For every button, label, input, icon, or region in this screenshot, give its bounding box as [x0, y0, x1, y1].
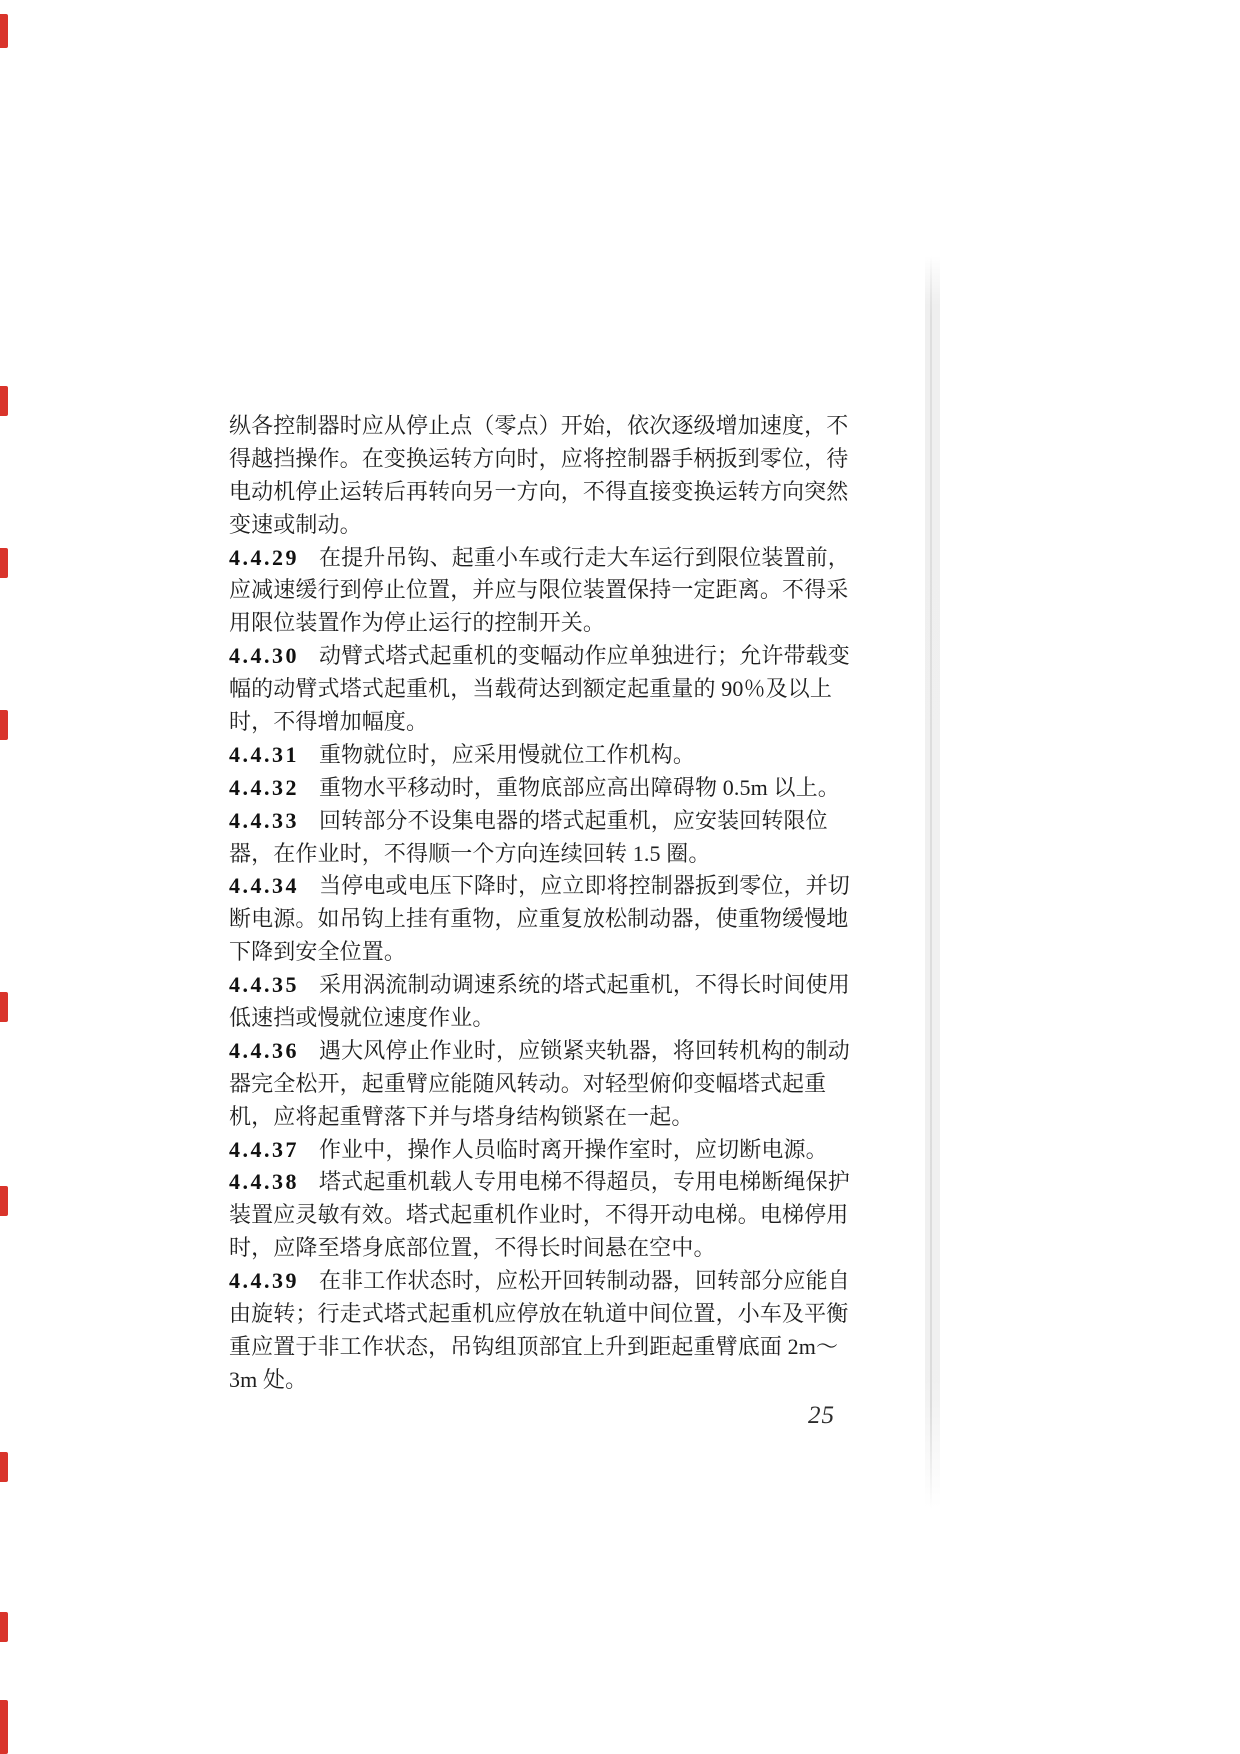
- text-line: 得越挡操作。在变换运转方向时，应将控制器手柄扳到零位，待: [229, 443, 869, 476]
- text-block: 纵各控制器时应从停止点（零点）开始，依次逐级增加速度，不得越挡操作。在变换运转方…: [229, 410, 869, 1397]
- clause-line: 4.4.39在非工作状态时，应松开回转制动器，回转部分应能自: [229, 1265, 869, 1298]
- line-text: 应减速缓行到停止位置，并应与限位装置保持一定距离。不得采: [229, 577, 848, 602]
- text-line: 幅的动臂式塔式起重机，当载荷达到额定起重量的 90％及以上: [229, 673, 869, 706]
- line-text: 采用涡流制动调速系统的塔式起重机，不得长时间使用: [319, 972, 850, 997]
- line-text: 时，应降至塔身底部位置，不得长时间悬在空中。: [229, 1235, 716, 1260]
- line-text: 时，不得增加幅度。: [229, 709, 428, 734]
- clause-line: 4.4.29在提升吊钩、起重小车或行走大车运行到限位装置前，: [229, 542, 869, 575]
- scan-fold-shadow: [925, 256, 940, 1508]
- red-edge-mark: [0, 548, 8, 578]
- line-text: 用限位装置作为停止运行的控制开关。: [229, 610, 605, 635]
- clause-number: 4.4.37: [229, 1137, 299, 1162]
- line-text: 得越挡操作。在变换运转方向时，应将控制器手柄扳到零位，待: [229, 446, 848, 471]
- text-line: 应减速缓行到停止位置，并应与限位装置保持一定距离。不得采: [229, 574, 869, 607]
- text-line: 由旋转；行走式塔式起重机应停放在轨道中间位置，小车及平衡: [229, 1298, 869, 1331]
- clause-number: 4.4.31: [229, 742, 299, 767]
- line-text: 作业中，操作人员临时离开操作室时，应切断电源。: [319, 1137, 828, 1162]
- line-text: 器完全松开，起重臂应能随风转动。对轻型俯仰变幅塔式起重: [229, 1071, 826, 1096]
- line-text: 电动机停止运转后再转向另一方向，不得直接变换运转方向突然: [229, 479, 848, 504]
- line-text: 重物就位时，应采用慢就位工作机构。: [319, 742, 695, 767]
- clause-number: 4.4.39: [229, 1268, 299, 1293]
- clause-line: 4.4.33回转部分不设集电器的塔式起重机，应安装回转限位: [229, 805, 869, 838]
- text-line: 电动机停止运转后再转向另一方向，不得直接变换运转方向突然: [229, 476, 869, 509]
- clause-number: 4.4.35: [229, 972, 299, 997]
- line-text: 在非工作状态时，应松开回转制动器，回转部分应能自: [319, 1268, 850, 1293]
- scanned-document-page: 纵各控制器时应从停止点（零点）开始，依次逐级增加速度，不得越挡操作。在变换运转方…: [0, 0, 1240, 1754]
- scan-fold-line: [930, 256, 932, 1508]
- line-text: 变速或制动。: [229, 512, 362, 537]
- text-line: 下降到安全位置。: [229, 936, 869, 969]
- clause-line: 4.4.38塔式起重机载人专用电梯不得超员，专用电梯断绳保护: [229, 1166, 869, 1199]
- text-line: 时，应降至塔身底部位置，不得长时间悬在空中。: [229, 1232, 869, 1265]
- red-edge-mark: [0, 1612, 8, 1642]
- text-line: 器完全松开，起重臂应能随风转动。对轻型俯仰变幅塔式起重: [229, 1068, 869, 1101]
- clause-line: 4.4.32重物水平移动时，重物底部应高出障碍物 0.5m 以上。: [229, 772, 869, 805]
- clause-line: 4.4.37作业中，操作人员临时离开操作室时，应切断电源。: [229, 1134, 869, 1167]
- text-line: 机，应将起重臂落下并与塔身结构锁紧在一起。: [229, 1101, 869, 1134]
- line-text: 重物水平移动时，重物底部应高出障碍物 0.5m 以上。: [319, 775, 840, 800]
- text-line: 断电源。如吊钩上挂有重物，应重复放松制动器，使重物缓慢地: [229, 903, 869, 936]
- red-edge-mark: [0, 992, 8, 1022]
- line-text: 由旋转；行走式塔式起重机应停放在轨道中间位置，小车及平衡: [229, 1301, 848, 1326]
- red-edge-mark: [0, 1186, 8, 1216]
- red-edge-mark: [0, 1700, 8, 1754]
- text-line: 重应置于非工作状态，吊钩组顶部宜上升到距起重臂底面 2m～: [229, 1331, 869, 1364]
- page-number: 25: [808, 1402, 835, 1430]
- clause-number: 4.4.29: [229, 545, 299, 570]
- clause-line: 4.4.30动臂式塔式起重机的变幅动作应单独进行；允许带载变: [229, 640, 869, 673]
- line-text: 机，应将起重臂落下并与塔身结构锁紧在一起。: [229, 1104, 694, 1129]
- red-edge-mark: [0, 386, 8, 416]
- red-edge-mark: [0, 1452, 8, 1482]
- clause-number: 4.4.32: [229, 775, 299, 800]
- line-text: 重应置于非工作状态，吊钩组顶部宜上升到距起重臂底面 2m～: [229, 1334, 838, 1359]
- clause-number: 4.4.33: [229, 808, 299, 833]
- line-text: 下降到安全位置。: [229, 939, 406, 964]
- clause-number: 4.4.36: [229, 1038, 299, 1063]
- line-text: 塔式起重机载人专用电梯不得超员，专用电梯断绳保护: [319, 1169, 850, 1194]
- line-text: 幅的动臂式塔式起重机，当载荷达到额定起重量的 90％及以上: [229, 676, 832, 701]
- clause-number: 4.4.38: [229, 1169, 299, 1194]
- clause-line: 4.4.35采用涡流制动调速系统的塔式起重机，不得长时间使用: [229, 969, 869, 1002]
- line-text: 当停电或电压下降时，应立即将控制器扳到零位，并切: [319, 873, 850, 898]
- line-text: 纵各控制器时应从停止点（零点）开始，依次逐级增加速度，不: [229, 413, 848, 438]
- clause-line: 4.4.31重物就位时，应采用慢就位工作机构。: [229, 739, 869, 772]
- red-edge-mark: [0, 14, 8, 48]
- text-line: 用限位装置作为停止运行的控制开关。: [229, 607, 869, 640]
- red-edge-mark: [0, 710, 8, 740]
- clause-number: 4.4.30: [229, 643, 299, 668]
- text-line: 时，不得增加幅度。: [229, 706, 869, 739]
- text-line: 纵各控制器时应从停止点（零点）开始，依次逐级增加速度，不: [229, 410, 869, 443]
- line-text: 装置应灵敏有效。塔式起重机作业时，不得开动电梯。电梯停用: [229, 1202, 848, 1227]
- line-text: 回转部分不设集电器的塔式起重机，应安装回转限位: [319, 808, 828, 833]
- clause-line: 4.4.36遇大风停止作业时，应锁紧夹轨器，将回转机构的制动: [229, 1035, 869, 1068]
- clause-line: 4.4.34当停电或电压下降时，应立即将控制器扳到零位，并切: [229, 870, 869, 903]
- line-text: 在提升吊钩、起重小车或行走大车运行到限位装置前，: [319, 545, 850, 570]
- text-line: 变速或制动。: [229, 509, 869, 542]
- line-text: 断电源。如吊钩上挂有重物，应重复放松制动器，使重物缓慢地: [229, 906, 848, 931]
- clause-number: 4.4.34: [229, 873, 299, 898]
- line-text: 3m 处。: [229, 1367, 307, 1392]
- line-text: 器，在作业时，不得顺一个方向连续回转 1.5 圈。: [229, 841, 711, 866]
- line-text: 动臂式塔式起重机的变幅动作应单独进行；允许带载变: [319, 643, 850, 668]
- text-line: 低速挡或慢就位速度作业。: [229, 1002, 869, 1035]
- line-text: 遇大风停止作业时，应锁紧夹轨器，将回转机构的制动: [319, 1038, 850, 1063]
- text-line: 3m 处。: [229, 1364, 869, 1397]
- line-text: 低速挡或慢就位速度作业。: [229, 1005, 494, 1030]
- text-line: 装置应灵敏有效。塔式起重机作业时，不得开动电梯。电梯停用: [229, 1199, 869, 1232]
- text-line: 器，在作业时，不得顺一个方向连续回转 1.5 圈。: [229, 838, 869, 871]
